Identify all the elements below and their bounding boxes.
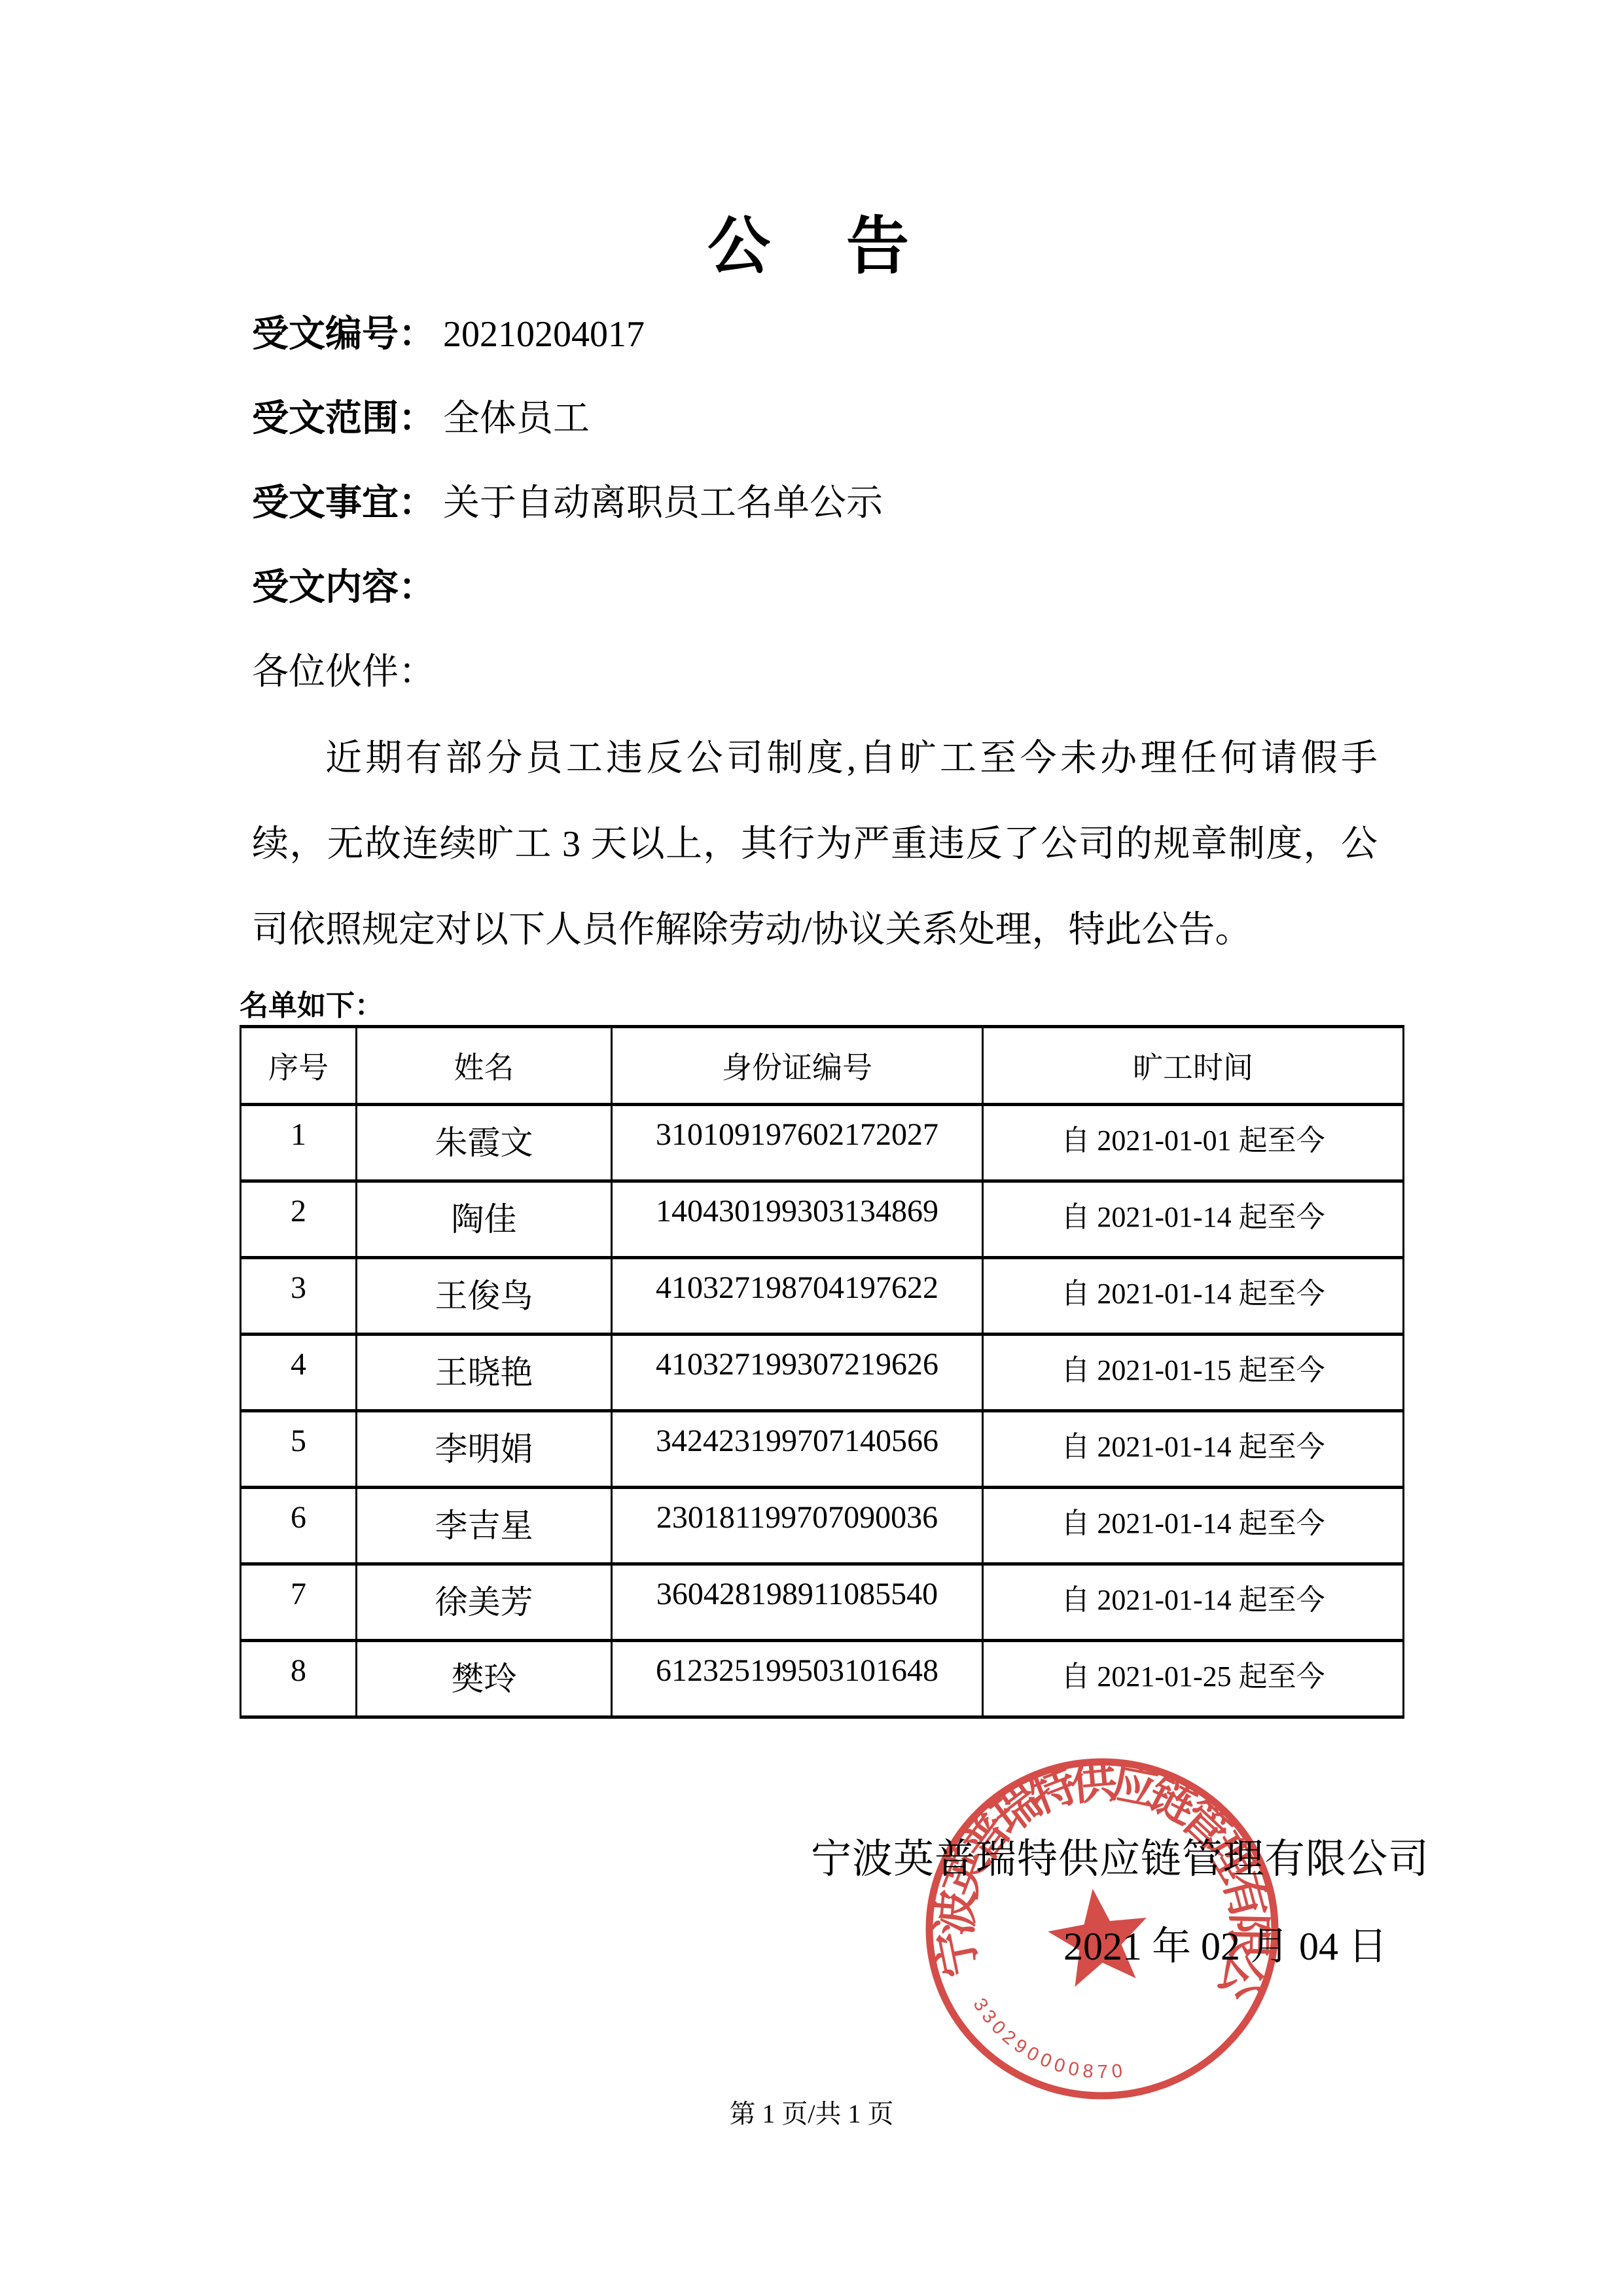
cell-name: 徐美芳 — [357, 1564, 612, 1641]
cell-name: 樊玲 — [357, 1641, 612, 1717]
cell-id-number: 310109197602172027 — [612, 1105, 983, 1181]
cell-index: 3 — [241, 1258, 357, 1335]
cell-id-number: 140430199303134869 — [612, 1181, 983, 1258]
signature-company: 宁波英普瑞特供应链管理有限公司 — [811, 1826, 1429, 1884]
cell-index: 6 — [241, 1488, 357, 1564]
signature-date: 2021 年 02 月 04 日 — [1063, 1915, 1387, 1971]
cell-name: 朱霞文 — [357, 1105, 612, 1181]
content-label: 受文内容： — [252, 567, 435, 608]
page-title: 公 告 — [0, 196, 1623, 286]
col-header-name: 姓名 — [357, 1027, 612, 1105]
table-row: 4王晓艳410327199307219626自 2021-01-15 起至今 — [241, 1335, 1404, 1411]
cell-absence-time: 自 2021-01-15 起至今 — [983, 1335, 1404, 1411]
cell-index: 1 — [241, 1105, 357, 1181]
meta-line-scope: 受文范围：全体员工 — [252, 389, 590, 442]
body-paragraph-line-3: 司依照规定对以下人员作解除劳动/协议关系处理，特此公告。 — [252, 901, 1378, 953]
cell-absence-time: 自 2021-01-14 起至今 — [983, 1181, 1404, 1258]
table-row: 6李吉星230181199707090036自 2021-01-14 起至今 — [241, 1488, 1404, 1564]
doc-number-label: 受文编号： — [252, 314, 435, 355]
cell-id-number: 360428198911085540 — [612, 1564, 983, 1641]
cell-index: 2 — [241, 1181, 357, 1258]
list-label: 名单如下： — [240, 982, 383, 1024]
scope-label: 受文范围： — [252, 399, 435, 439]
col-header-id-number: 身份证编号 — [612, 1027, 983, 1105]
absence-table: 序号 姓名 身份证编号 旷工时间 1朱霞文310109197602172027自… — [240, 1025, 1404, 1719]
cell-name: 李吉星 — [357, 1488, 612, 1564]
cell-absence-time: 自 2021-01-25 起至今 — [983, 1641, 1404, 1717]
cell-id-number: 230181199707090036 — [612, 1488, 983, 1564]
cell-index: 5 — [241, 1411, 357, 1488]
page-number-footer: 第 1 页/共 1 页 — [0, 2093, 1623, 2130]
col-header-index: 序号 — [241, 1027, 357, 1105]
meta-line-doc-number: 受文编号：20210204017 — [252, 305, 645, 357]
scope-value: 全体员工 — [443, 399, 590, 439]
cell-id-number: 410327198704197622 — [612, 1258, 983, 1335]
meta-line-subject: 受文事宜：关于自动离职员工名单公示 — [252, 474, 883, 526]
announcement-document: 公 告 受文编号：20210204017 受文范围：全体员工 受文事宜：关于自动… — [0, 0, 1623, 2296]
body-paragraph-line-1: 近期有部分员工违反公司制度,自旷工至今未办理任何请假手 — [252, 729, 1378, 781]
cell-absence-time: 自 2021-01-14 起至今 — [983, 1488, 1404, 1564]
subject-value: 关于自动离职员工名单公示 — [443, 483, 883, 524]
cell-name: 王俊鸟 — [357, 1258, 612, 1335]
cell-name: 李明娟 — [357, 1411, 612, 1488]
cell-absence-time: 自 2021-01-14 起至今 — [983, 1258, 1404, 1335]
cell-index: 7 — [241, 1564, 357, 1641]
cell-name: 陶佳 — [357, 1181, 612, 1258]
table-row: 7徐美芳360428198911085540自 2021-01-14 起至今 — [241, 1564, 1404, 1641]
cell-id-number: 612325199503101648 — [612, 1641, 983, 1717]
cell-index: 4 — [241, 1335, 357, 1411]
col-header-absence-time: 旷工时间 — [983, 1027, 1404, 1105]
cell-name: 王晓艳 — [357, 1335, 612, 1411]
meta-line-content: 受文内容： — [252, 558, 443, 611]
doc-number-value: 20210204017 — [443, 314, 645, 355]
cell-absence-time: 自 2021-01-01 起至今 — [983, 1105, 1404, 1181]
cell-absence-time: 自 2021-01-14 起至今 — [983, 1411, 1404, 1488]
table-header-row: 序号 姓名 身份证编号 旷工时间 — [241, 1027, 1404, 1105]
table-row: 5李明娟342423199707140566自 2021-01-14 起至今 — [241, 1411, 1404, 1488]
subject-label: 受文事宜： — [252, 483, 435, 524]
cell-absence-time: 自 2021-01-14 起至今 — [983, 1564, 1404, 1641]
table-row: 1朱霞文310109197602172027自 2021-01-01 起至今 — [241, 1105, 1404, 1181]
cell-index: 8 — [241, 1641, 357, 1717]
stamp-serial-number: 3302900008708 — [912, 1739, 1128, 2083]
body-paragraph-line-2: 续，无故连续旷工 3 天以上，其行为严重违反了公司的规章制度，公 — [252, 815, 1378, 867]
salutation: 各位伙伴： — [252, 643, 435, 695]
table-row: 2陶佳140430199303134869自 2021-01-14 起至今 — [241, 1181, 1404, 1258]
table-row: 8樊玲612325199503101648自 2021-01-25 起至今 — [241, 1641, 1404, 1717]
cell-id-number: 410327199307219626 — [612, 1335, 983, 1411]
table-row: 3王俊鸟410327198704197622自 2021-01-14 起至今 — [241, 1258, 1404, 1335]
cell-id-number: 342423199707140566 — [612, 1411, 983, 1488]
